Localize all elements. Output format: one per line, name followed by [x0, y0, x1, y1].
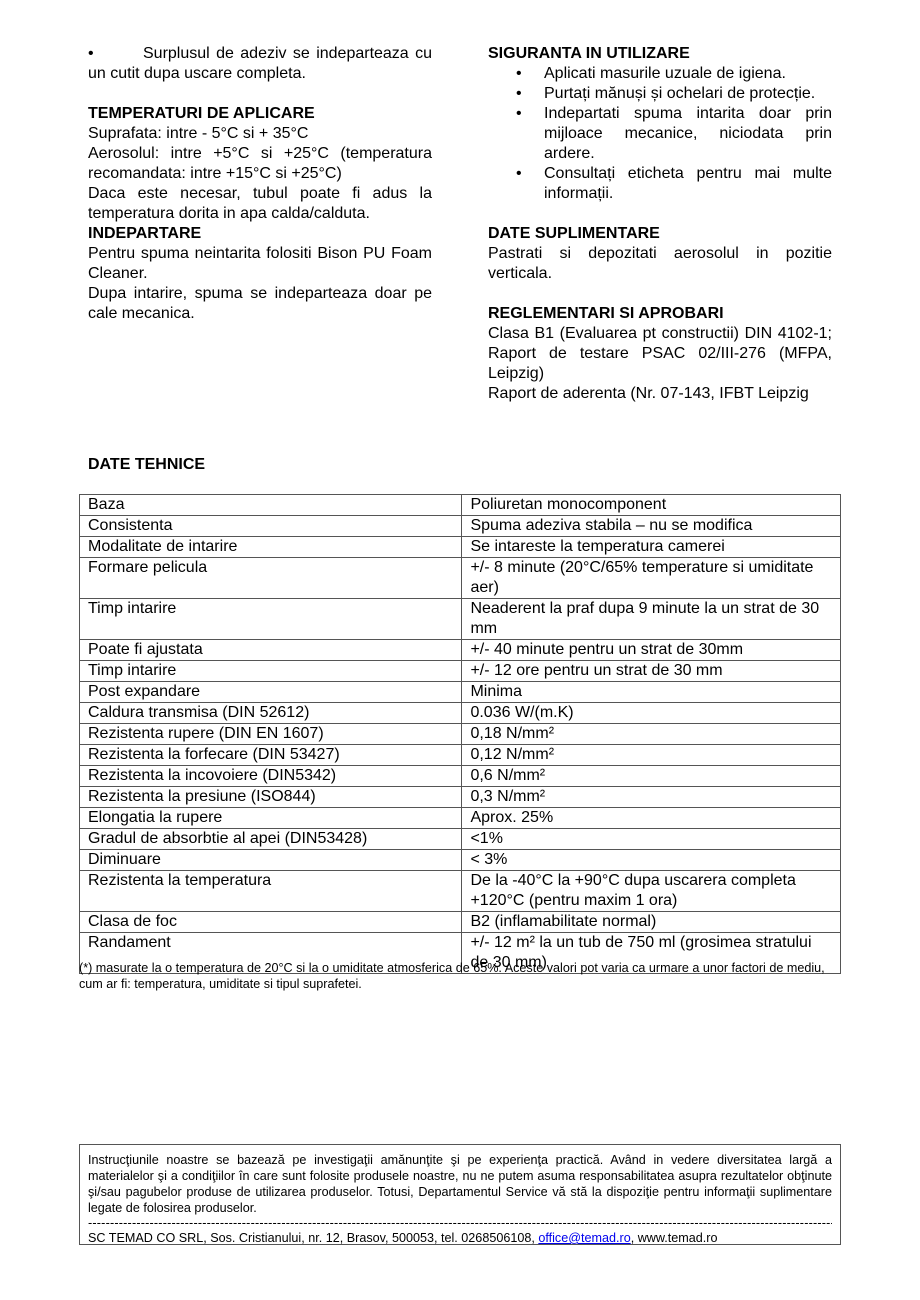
table-row: ConsistentaSpuma adeziva stabila – nu se…: [80, 516, 841, 537]
property-value: 0.036 W/(m.K): [462, 703, 841, 724]
technical-data-table: BazaPoliuretan monocomponentConsistentaS…: [79, 494, 841, 974]
property-value: Poliuretan monocomponent: [462, 495, 841, 516]
property-value: 0,12 N/mm²: [462, 745, 841, 766]
table-row: Poate fi ajustata+/- 40 minute pentru un…: [80, 640, 841, 661]
table-row: BazaPoliuretan monocomponent: [80, 495, 841, 516]
table-row: Rezistenta la temperaturaDe la -40°C la …: [80, 871, 841, 912]
property-name: Clasa de foc: [80, 912, 462, 933]
property-name: Diminuare: [80, 850, 462, 871]
property-value: <1%: [462, 829, 841, 850]
section-heading-siguranta: SIGURANTA IN UTILIZARE: [488, 44, 832, 64]
property-name: Rezistenta la temperatura: [80, 871, 462, 912]
section-heading-date-tehnice: DATE TEHNICE: [88, 455, 205, 475]
temp-line-warm: Daca este necesar, tubul poate fi adus l…: [88, 184, 432, 224]
temp-line-surface: Suprafata: intre - 5°C si + 35°C: [88, 124, 432, 144]
left-column: •Surplusul de adeziv se indeparteaza cu …: [88, 44, 432, 324]
regulation-line-b1: Clasa B1 (Evaluarea pt constructii) DIN …: [488, 324, 832, 384]
property-value: 0,18 N/mm²: [462, 724, 841, 745]
company-contact: SC TEMAD CO SRL, Sos. Cristianului, nr. …: [88, 1230, 832, 1246]
property-value: 0,3 N/mm²: [462, 787, 841, 808]
bullet-icon: •: [516, 84, 522, 104]
property-name: Poate fi ajustata: [80, 640, 462, 661]
property-name: Elongatia la rupere: [80, 808, 462, 829]
table-row: Gradul de absorbtie al apei (DIN53428)<1…: [80, 829, 841, 850]
safety-list: •Aplicati masurile uzuale de igiena. •Pu…: [488, 64, 832, 204]
removal-line-uncured: Pentru spuma neintarita folositi Bison P…: [88, 244, 432, 284]
property-name: Rezistenta la forfecare (DIN 53427): [80, 745, 462, 766]
regulation-line-adhesion: Raport de aderenta (Nr. 07-143, IFBT Lei…: [488, 384, 832, 404]
bullet-icon: •: [516, 64, 522, 84]
footer-disclaimer-box: Instrucţiunile noastre se bazează pe inv…: [79, 1144, 841, 1245]
property-name: Gradul de absorbtie al apei (DIN53428): [80, 829, 462, 850]
measurement-footnote: (*) masurate la o temperatura de 20°C si…: [79, 960, 841, 992]
property-name: Formare pelicula: [80, 558, 462, 599]
table-row: Rezistenta rupere (DIN EN 1607)0,18 N/mm…: [80, 724, 841, 745]
table-row: Modalitate de intarireSe intareste la te…: [80, 537, 841, 558]
property-name: Caldura transmisa (DIN 52612): [80, 703, 462, 724]
temp-line-aerosol: Aerosolul: intre +5°C si +25°C (temperat…: [88, 144, 432, 184]
property-value: 0,6 N/mm²: [462, 766, 841, 787]
dashed-divider: ----------------------------------------…: [88, 1216, 832, 1230]
table-row: Clasa de focB2 (inflamabilitate normal): [80, 912, 841, 933]
bullet-icon: •: [88, 44, 143, 64]
table-row: Rezistenta la presiune (ISO844)0,3 N/mm²: [80, 787, 841, 808]
safety-item: •Indepartati spuma intarita doar prin mi…: [488, 104, 832, 164]
table-row: Caldura transmisa (DIN 52612)0.036 W/(m.…: [80, 703, 841, 724]
property-value: +/- 8 minute (20°C/65% temperature si um…: [462, 558, 841, 599]
property-value: Minima: [462, 682, 841, 703]
bullet-icon: •: [516, 164, 522, 184]
table-row: Elongatia la rupereAprox. 25%: [80, 808, 841, 829]
property-value: +/- 12 ore pentru un strat de 30 mm: [462, 661, 841, 682]
table-row: Rezistenta la forfecare (DIN 53427)0,12 …: [80, 745, 841, 766]
table-row: Timp intarire+/- 12 ore pentru un strat …: [80, 661, 841, 682]
property-name: Baza: [80, 495, 462, 516]
table-row: Post expandareMinima: [80, 682, 841, 703]
table-row: Formare pelicula+/- 8 minute (20°C/65% t…: [80, 558, 841, 599]
property-name: Rezistenta rupere (DIN EN 1607): [80, 724, 462, 745]
disclaimer-text: Instrucţiunile noastre se bazează pe inv…: [88, 1152, 832, 1216]
property-value: Aprox. 25%: [462, 808, 841, 829]
safety-item: •Purtați mănuși și ochelari de protecție…: [488, 84, 832, 104]
safety-item: •Aplicati masurile uzuale de igiena.: [488, 64, 832, 84]
property-name: Timp intarire: [80, 661, 462, 682]
property-value: Neaderent la praf dupa 9 minute la un st…: [462, 599, 841, 640]
property-value: Se intareste la temperatura camerei: [462, 537, 841, 558]
email-link[interactable]: office@temad.ro: [538, 1231, 630, 1245]
right-column: SIGURANTA IN UTILIZARE •Aplicati masuril…: [488, 44, 832, 404]
property-name: Consistenta: [80, 516, 462, 537]
table-row: Rezistenta la incovoiere (DIN5342)0,6 N/…: [80, 766, 841, 787]
property-value: +/- 40 minute pentru un strat de 30mm: [462, 640, 841, 661]
section-heading-reglementari: REGLEMENTARI SI APROBARI: [488, 304, 832, 324]
property-name: Modalitate de intarire: [80, 537, 462, 558]
bullet-icon: •: [516, 104, 522, 124]
property-value: B2 (inflamabilitate normal): [462, 912, 841, 933]
property-name: Rezistenta la incovoiere (DIN5342): [80, 766, 462, 787]
adhesive-removal-note: •Surplusul de adeziv se indeparteaza cu …: [88, 44, 432, 84]
property-value: Spuma adeziva stabila – nu se modifica: [462, 516, 841, 537]
removal-line-cured: Dupa intarire, spuma se indeparteaza doa…: [88, 284, 432, 324]
section-heading-indepartare: INDEPARTARE: [88, 224, 432, 244]
property-name: Post expandare: [80, 682, 462, 703]
property-value: De la -40°C la +90°C dupa uscarera compl…: [462, 871, 841, 912]
property-name: Timp intarire: [80, 599, 462, 640]
property-name: Rezistenta la presiune (ISO844): [80, 787, 462, 808]
property-value: < 3%: [462, 850, 841, 871]
safety-item: •Consultați eticheta pentru mai multe in…: [488, 164, 832, 204]
table-row: Timp intarireNeaderent la praf dupa 9 mi…: [80, 599, 841, 640]
table-row: Diminuare< 3%: [80, 850, 841, 871]
section-heading-temperaturi: TEMPERATURI DE APLICARE: [88, 104, 432, 124]
section-heading-date-suplimentare: DATE SUPLIMENTARE: [488, 224, 832, 244]
storage-note: Pastrati si depozitati aerosolul in pozi…: [488, 244, 832, 284]
